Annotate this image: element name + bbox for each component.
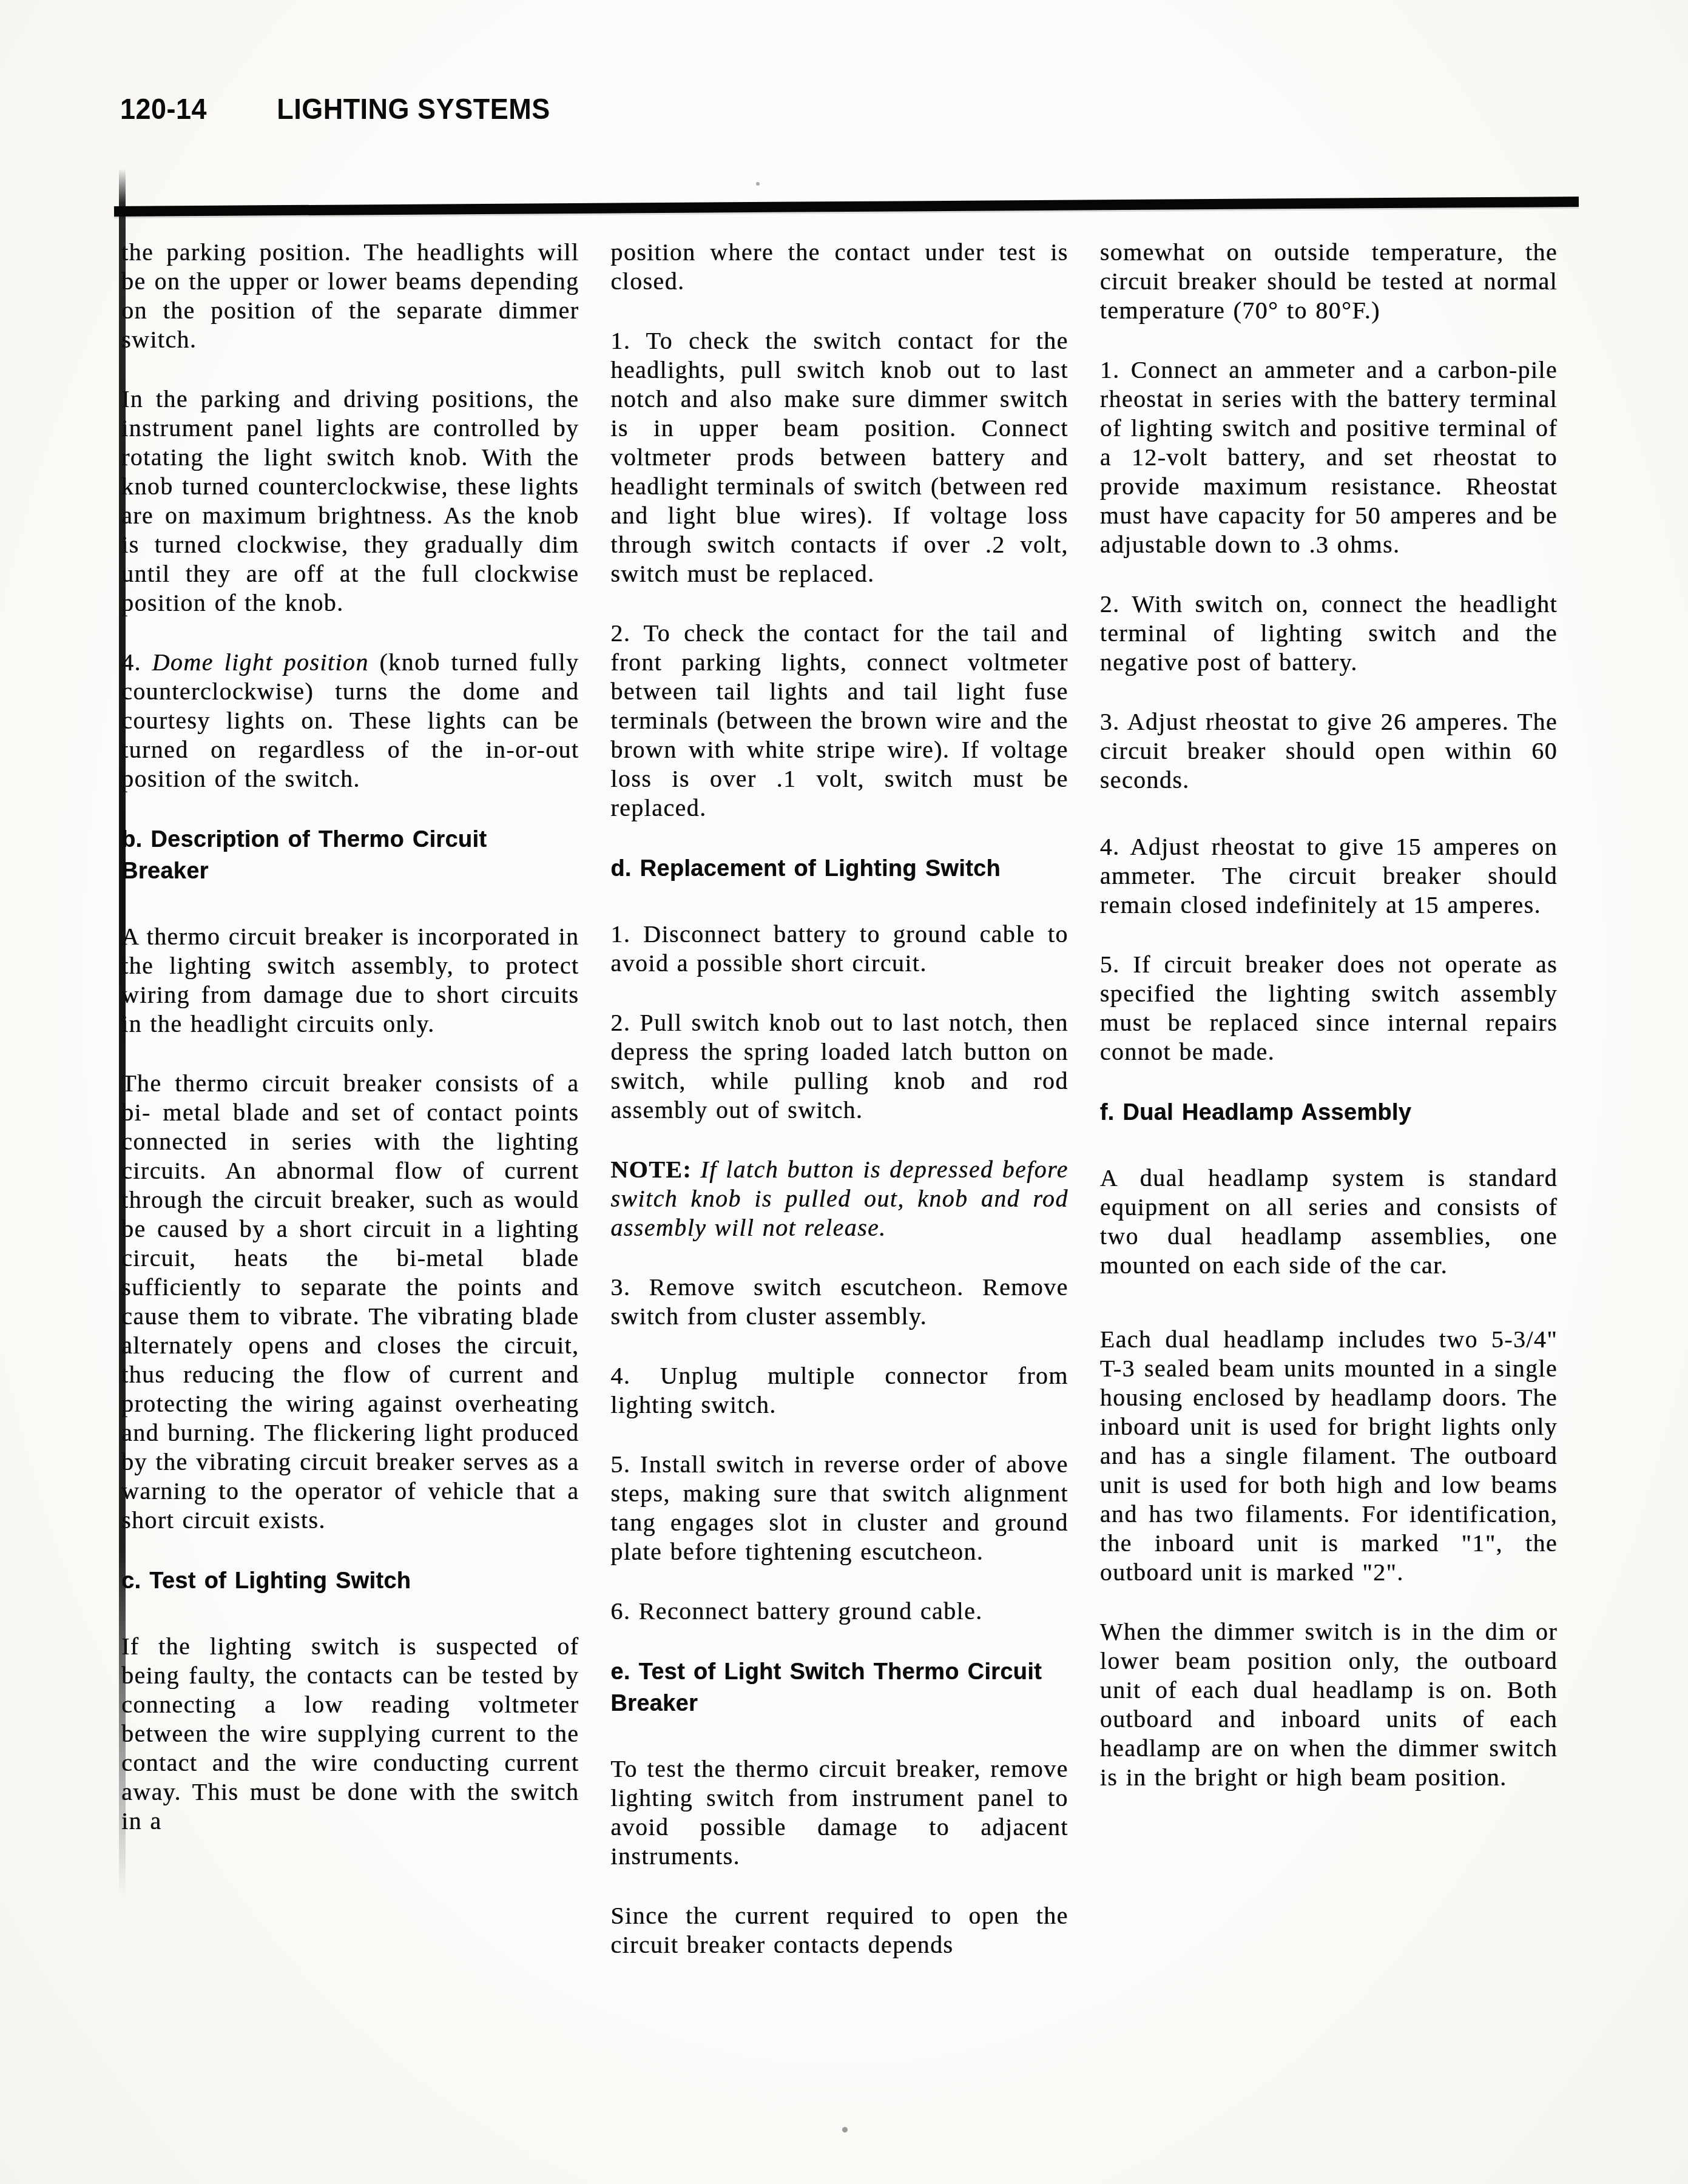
manual-page: 120-14 LIGHTING SYSTEMS the parking posi… — [0, 0, 1688, 2184]
paragraph: To test the thermo circuit breaker, remo… — [610, 1754, 1068, 1871]
section-heading-f: f. Dual Headlamp Assembly — [1100, 1097, 1558, 1128]
paragraph: In the parking and driving positions, th… — [121, 385, 579, 618]
paragraph: Each dual headlamp includes two 5-3/4" T… — [1100, 1325, 1558, 1587]
paragraph: A dual headlamp system is standard equip… — [1100, 1164, 1558, 1280]
column-1: the parking position. The headlights wil… — [121, 238, 579, 1990]
paragraph: 3. Remove switch escutcheon. Remove swit… — [610, 1273, 1068, 1331]
section-heading-b: b. Description of Thermo Circuit Breaker — [121, 824, 579, 887]
column-3: somewhat on outside temperature, the cir… — [1100, 238, 1558, 1990]
paragraph: A thermo circuit breaker is incorporated… — [121, 922, 579, 1039]
page-number: 120-14 — [120, 92, 207, 126]
paragraph: the parking position. The headlights wil… — [121, 238, 579, 354]
paragraph: 1. Disconnect battery to ground cable to… — [610, 920, 1068, 978]
section-heading-d: d. Replacement of Lighting Switch — [610, 853, 1068, 885]
paragraph: 2. Pull switch knob out to last notch, t… — [610, 1008, 1068, 1125]
italic-phrase: Dome light position — [152, 649, 369, 676]
paragraph-dome-light: 4. Dome light position (knob turned full… — [121, 648, 579, 794]
scan-speck — [756, 182, 760, 186]
list-number: 4. — [121, 649, 152, 676]
paragraph: 2. With switch on, connect the headlight… — [1100, 590, 1558, 677]
paragraph: 6. Reconnect battery ground cable. — [610, 1597, 1068, 1626]
paragraph: When the dimmer switch is in the dim or … — [1100, 1617, 1558, 1792]
note-paragraph: NOTE: If latch button is depressed befor… — [610, 1155, 1068, 1242]
paragraph: If the lighting switch is suspected of b… — [121, 1632, 579, 1836]
column-2: position where the contact under test is… — [610, 238, 1068, 1990]
header-rule — [114, 197, 1579, 217]
paragraph: 5. If circuit breaker does not operate a… — [1100, 950, 1558, 1067]
paragraph: The thermo circuit breaker consists of a… — [121, 1069, 579, 1535]
paragraph: 4. Unplug multiple connector from lighti… — [610, 1361, 1068, 1420]
paragraph: 1. Connect an ammeter and a carbon-pile … — [1100, 356, 1558, 559]
paragraph: 4. Adjust rheostat to give 15 amperes on… — [1100, 832, 1558, 920]
section-heading-c: c. Test of Lighting Switch — [121, 1565, 579, 1597]
section-heading-e: e. Test of Light Switch Thermo Circuit B… — [610, 1656, 1068, 1719]
paragraph: 5. Install switch in reverse order of ab… — [610, 1450, 1068, 1566]
paragraph: 3. Adjust rheostat to give 26 amperes. T… — [1100, 707, 1558, 795]
paragraph: Since the current required to open the c… — [610, 1901, 1068, 1960]
page-title: LIGHTING SYSTEMS — [277, 92, 550, 126]
text-columns: the parking position. The headlights wil… — [121, 238, 1558, 1990]
paragraph: somewhat on outside temperature, the cir… — [1100, 238, 1558, 325]
note-label: NOTE: — [610, 1156, 692, 1183]
paragraph: 1. To check the switch contact for the h… — [610, 326, 1068, 588]
scan-speck — [842, 2127, 848, 2132]
paragraph: position where the contact under test is… — [610, 238, 1068, 296]
page-header: 120-14 LIGHTING SYSTEMS — [120, 92, 550, 126]
paragraph: 2. To check the contact for the tail and… — [610, 619, 1068, 823]
